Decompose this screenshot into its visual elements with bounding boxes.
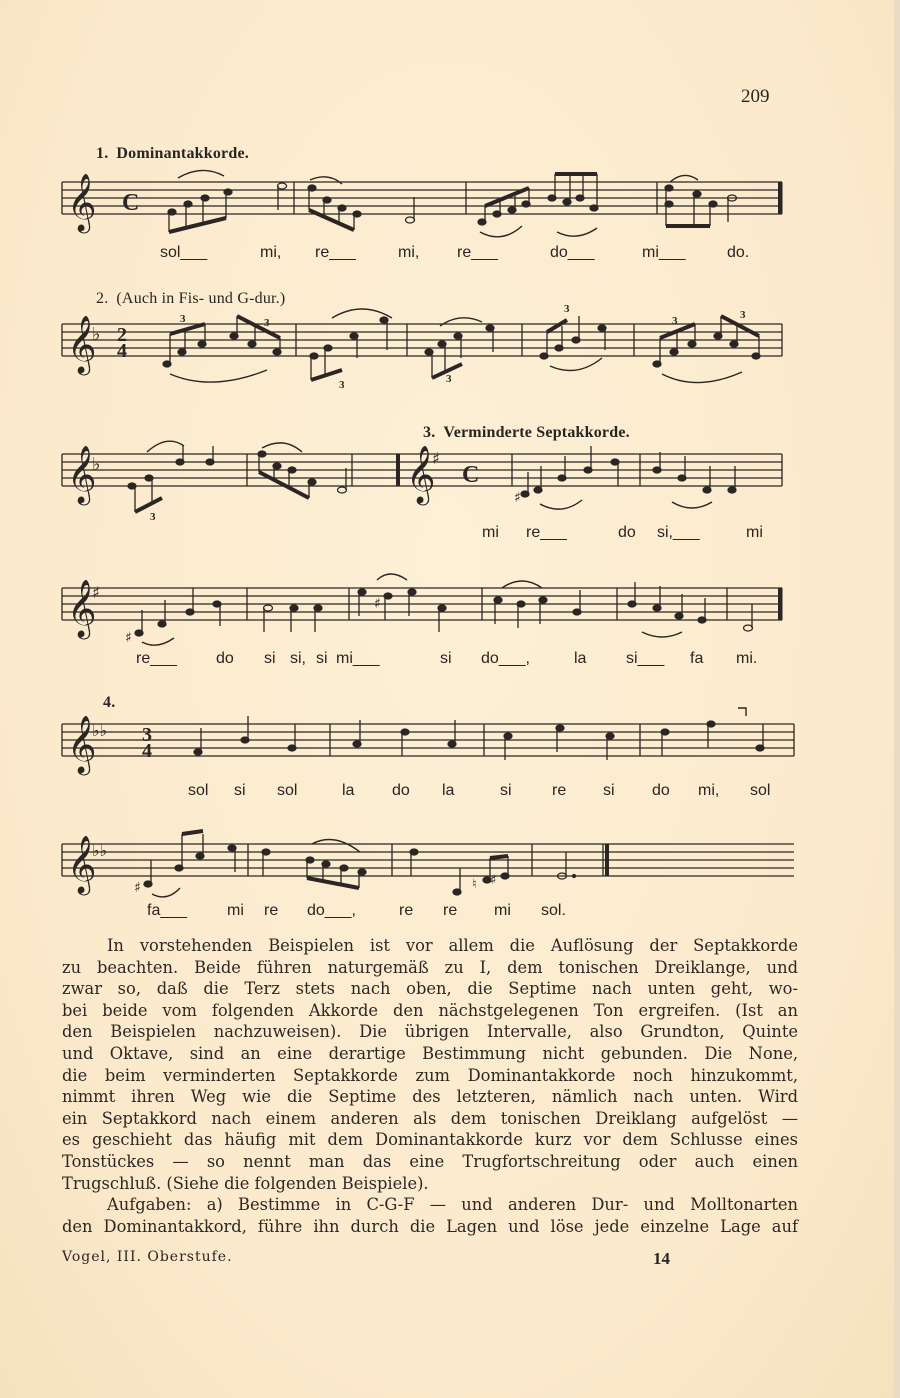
lyric-syllable: do (652, 782, 670, 800)
lyric-syllable: do (392, 782, 410, 800)
svg-text:3: 3 (339, 379, 345, 391)
lyric-syllable: si (264, 650, 276, 668)
svg-text:3: 3 (180, 313, 186, 325)
lyric-syllable: sol___ (160, 244, 207, 262)
sharp-icon: ♯ (432, 449, 440, 468)
lyric-syllable: mi___ (642, 244, 686, 262)
svg-text:4: 4 (142, 740, 152, 762)
lyric-syllable: do___ (550, 244, 595, 262)
lyric-syllable: si (603, 782, 615, 800)
svg-text:♯: ♯ (490, 873, 496, 888)
text-line: ein Septakkord nach einem anderen als de… (62, 1108, 798, 1130)
text-line: bei beide vom folgenden Akkorde den näch… (62, 1000, 798, 1022)
lyric-syllable: sol (277, 782, 297, 800)
example-title: Verminderte Septakkorde. (443, 424, 629, 441)
lyric-syllable: si (500, 782, 512, 800)
example-number: 4. (103, 694, 115, 711)
lyric-syllable: mi, (398, 244, 419, 262)
svg-text:3: 3 (150, 511, 156, 523)
svg-text:♯: ♯ (514, 490, 521, 506)
text-line: Tonstückes — so nennt man das eine Trugf… (62, 1151, 798, 1173)
lyrics-example-1: sol___ mi, re___ mi, re___ do___ mi___ d… (62, 244, 802, 266)
lyric-syllable: re (399, 902, 413, 920)
svg-text:3: 3 (446, 373, 452, 385)
lyric-syllable: re (552, 782, 566, 800)
lyric-syllable: re (443, 902, 457, 920)
text-line: zu beachten. Beide führen naturgemäß zu … (62, 957, 798, 979)
lyric-syllable: la (342, 782, 354, 800)
text-line: zwar so, daß die Terz stets nach oben, d… (62, 978, 798, 1000)
flat-icon: ♭ (92, 324, 101, 345)
lyric-syllable: mi. (736, 650, 757, 668)
lyric-syllable: mi (746, 524, 763, 542)
lyric-syllable: si,___ (657, 524, 700, 542)
text-line: In vorstehenden Beispielen ist vor allem… (62, 935, 798, 957)
svg-text:♯: ♯ (134, 880, 141, 896)
example-number: 3. (423, 424, 435, 441)
text-line: Aufgaben: a) Bestimme in C-G-F — und and… (62, 1194, 798, 1216)
common-time-icon: C (462, 462, 479, 488)
lyric-syllable: do (618, 524, 636, 542)
page-edge (894, 0, 900, 1398)
lyric-syllable: si (234, 782, 246, 800)
text-line: es geschieht das häufig mit dem Dominant… (62, 1129, 798, 1151)
lyric-syllable: sol. (541, 902, 566, 920)
lyric-syllable: mi___ (336, 650, 380, 668)
lyric-syllable: do___, (307, 902, 356, 920)
staff-example-3b: 𝄞 ♯ ♯ ♯ (62, 570, 802, 650)
svg-text:3: 3 (740, 309, 746, 321)
lyrics-example-3b: re___ do si si, si mi___ si do___, la si… (62, 650, 802, 672)
lyric-syllable: do. (727, 244, 749, 262)
sharp-icon: ♯ (92, 583, 100, 602)
lyric-syllable: sol (750, 782, 770, 800)
staff-example-2a: 𝄞 ♭ 2 4 3333333 (62, 312, 802, 392)
example-number: 1. (96, 145, 108, 162)
svg-text:3: 3 (264, 317, 270, 329)
text-line: und Oktave, sind an eine derartige Besti… (62, 1043, 798, 1065)
lyric-syllable: re___ (457, 244, 498, 262)
example-title: Dominantakkorde. (116, 145, 249, 162)
staff-example-4b: 𝄞 ♭♭ ♯ ♮ ♯ (62, 830, 802, 905)
common-time-icon: C (122, 190, 139, 216)
staff-example-1: 𝄞 C (62, 170, 802, 240)
lyric-syllable: re (264, 902, 278, 920)
example-4-heading: 4. (103, 694, 123, 712)
lyric-syllable: sol (188, 782, 208, 800)
lyric-syllable: do (216, 650, 234, 668)
text-line: die beim verminderten Septakkorde zum Do… (62, 1065, 798, 1087)
lyrics-example-4b: fa___ mi re do___, re re mi sol. (62, 902, 802, 924)
flat-icon: ♭♭ (92, 841, 107, 860)
lyric-syllable: re___ (136, 650, 177, 668)
lyric-syllable: si, (290, 650, 306, 668)
lyric-syllable: la (574, 650, 586, 668)
flat-icon: ♭♭ (92, 721, 107, 740)
lyrics-example-4a: sol si sol la do la si re si do mi, sol (62, 782, 802, 804)
example-2-heading: 2.(Auch in Fis- und G-dur.) (96, 290, 285, 308)
lyric-syllable: si___ (626, 650, 664, 668)
staff-example-2b: 𝄞 ♭ 𝄞 ♯ C ♯ 3 (62, 442, 802, 522)
lyric-syllable: mi (227, 902, 244, 920)
text-line: den Dominantakkord, führe ihn durch die … (62, 1216, 798, 1238)
svg-text:3: 3 (564, 303, 570, 315)
svg-text:3: 3 (672, 315, 678, 327)
lyric-syllable: si (440, 650, 452, 668)
svg-text:4: 4 (117, 340, 127, 362)
book-page: 209 1.Dominantakkorde. 𝄞 C (0, 0, 900, 1398)
page-number: 209 (741, 86, 770, 108)
text-line: nimmt ihren Weg wie die Septime des letz… (62, 1086, 798, 1108)
svg-text:♮: ♮ (472, 877, 477, 892)
staff-example-4a: 𝄞 ♭♭ 3 4 (62, 712, 802, 782)
example-3-heading: 3.Verminderte Septakkorde. (423, 424, 630, 442)
treble-clef-icon: 𝄞 (67, 173, 97, 234)
lyric-syllable: do___, (481, 650, 530, 668)
body-paragraph: In vorstehenden Beispielen ist vor allem… (62, 935, 798, 1237)
lyric-syllable: mi (494, 902, 511, 920)
footer-signature-number: 14 (653, 1249, 670, 1269)
lyric-syllable: mi (482, 524, 499, 542)
text-line: den Beispielen nachzuweisen). Die übrige… (62, 1021, 798, 1043)
footer-book-title: Vogel, III. Oberstufe. (62, 1249, 233, 1265)
lyric-syllable: re___ (526, 524, 567, 542)
lyric-syllable: mi, (698, 782, 719, 800)
flat-icon: ♭ (92, 454, 101, 475)
lyric-syllable: fa (690, 650, 703, 668)
lyric-syllable: mi, (260, 244, 281, 262)
example-title: (Auch in Fis- und G-dur.) (116, 290, 285, 307)
lyric-syllable: si (316, 650, 328, 668)
lyric-syllable: la (442, 782, 454, 800)
svg-text:♯: ♯ (374, 596, 381, 612)
svg-text:♯: ♯ (125, 630, 132, 646)
lyric-syllable: fa___ (147, 902, 187, 920)
text-line: Trugschluß. (Siehe die folgenden Beispie… (62, 1173, 798, 1195)
example-1-heading: 1.Dominantakkorde. (96, 145, 249, 163)
lyric-syllable: re___ (315, 244, 356, 262)
lyrics-example-3a: mi re___ do si,___ mi (62, 524, 802, 546)
example-number: 2. (96, 290, 108, 307)
